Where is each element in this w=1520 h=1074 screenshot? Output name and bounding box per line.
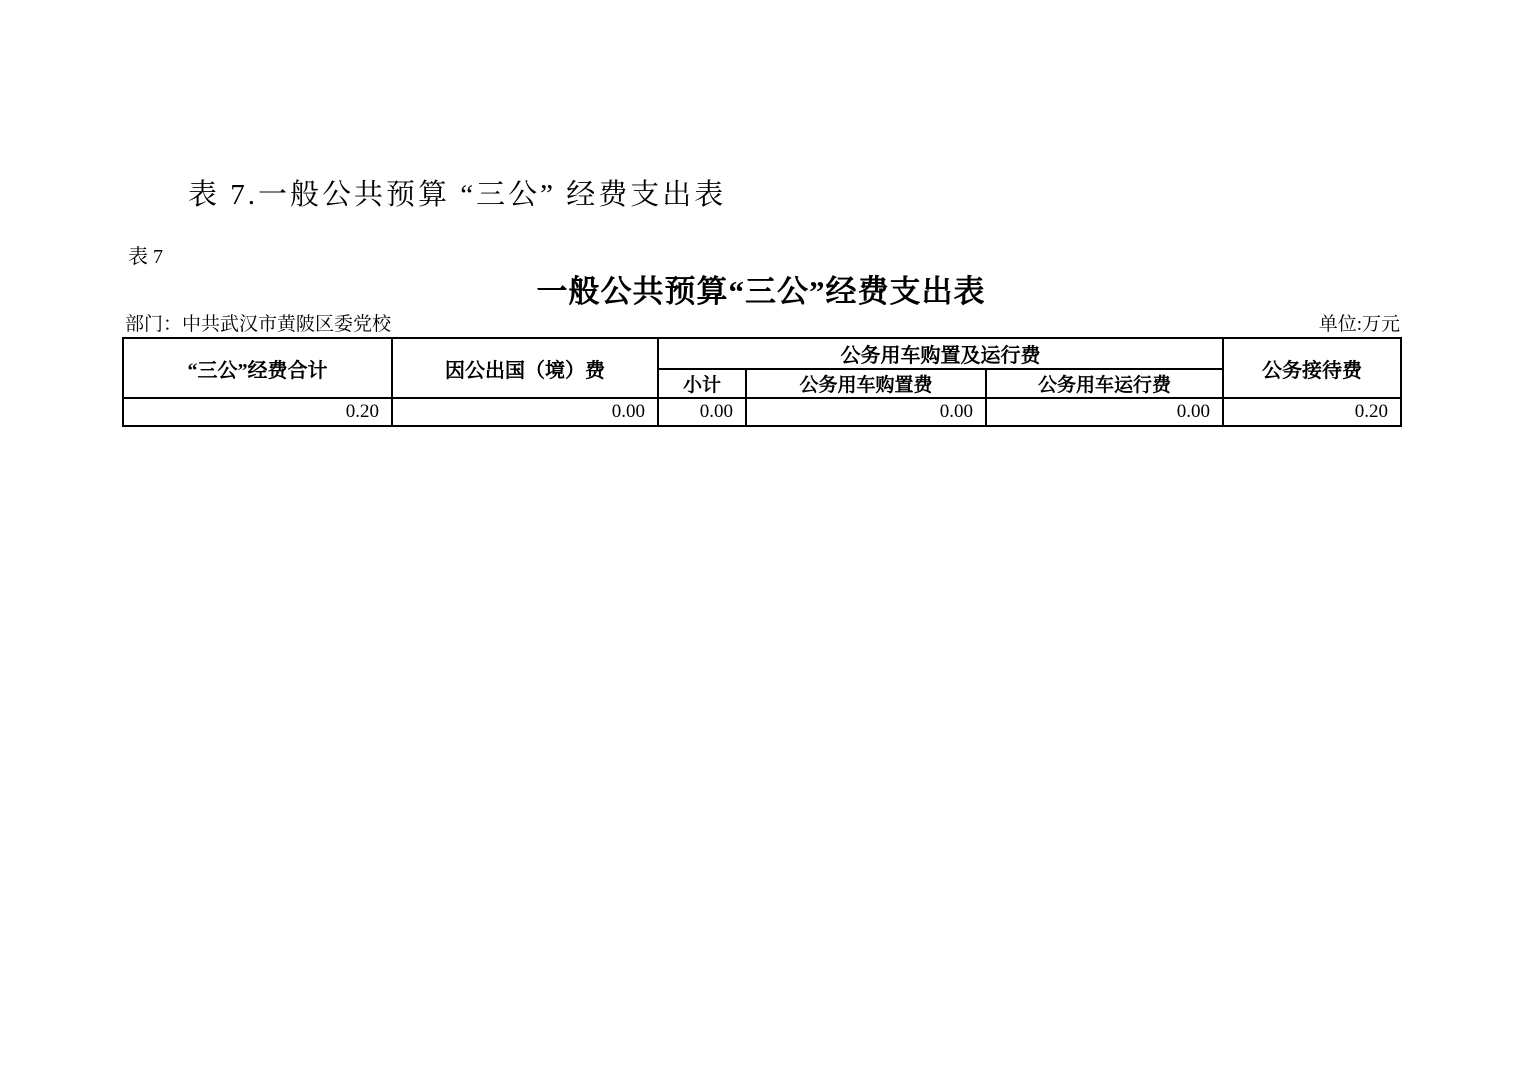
cell-vehicle-operation: 0.00 [986, 398, 1223, 426]
header-vehicle-group: 公务用车购置及运行费 [658, 338, 1223, 369]
cell-vehicle-purchase: 0.00 [746, 398, 986, 426]
cell-abroad-expenses: 0.00 [392, 398, 658, 426]
header-row-group: “三公”经费合计 因公出国（境）费 公务用车购置及运行费 公务接待费 [123, 338, 1401, 369]
table-row: 0.20 0.00 0.00 0.00 0.00 0.20 [123, 398, 1401, 426]
header-total-expenses: “三公”经费合计 [123, 338, 392, 398]
table-title: 一般公共预算“三公”经费支出表 [122, 266, 1400, 311]
header-vehicle-operation: 公务用车运行费 [986, 369, 1223, 398]
header-vehicle-subtotal: 小计 [658, 369, 746, 398]
header-reception-expenses: 公务接待费 [1223, 338, 1401, 398]
table-meta-row: 部门：中共武汉市黄陂区委党校 单位:万元 [125, 309, 1400, 336]
header-abroad-expenses: 因公出国（境）费 [392, 338, 658, 398]
department-label: 部门：中共武汉市黄陂区委党校 [125, 309, 391, 336]
unit-label: 单位:万元 [1319, 309, 1400, 336]
document-page: 表 7.一般公共预算 “三公” 经费支出表 表 7 一般公共预算“三公”经费支出… [0, 0, 1520, 1074]
cell-total-expenses: 0.20 [123, 398, 392, 426]
table-number-label: 表 7 [128, 240, 163, 269]
cell-reception-expenses: 0.20 [1223, 398, 1401, 426]
header-vehicle-purchase: 公务用车购置费 [746, 369, 986, 398]
document-heading: 表 7.一般公共预算 “三公” 经费支出表 [188, 172, 726, 213]
expense-table: “三公”经费合计 因公出国（境）费 公务用车购置及运行费 公务接待费 小计 公务… [122, 337, 1402, 427]
cell-vehicle-subtotal: 0.00 [658, 398, 746, 426]
